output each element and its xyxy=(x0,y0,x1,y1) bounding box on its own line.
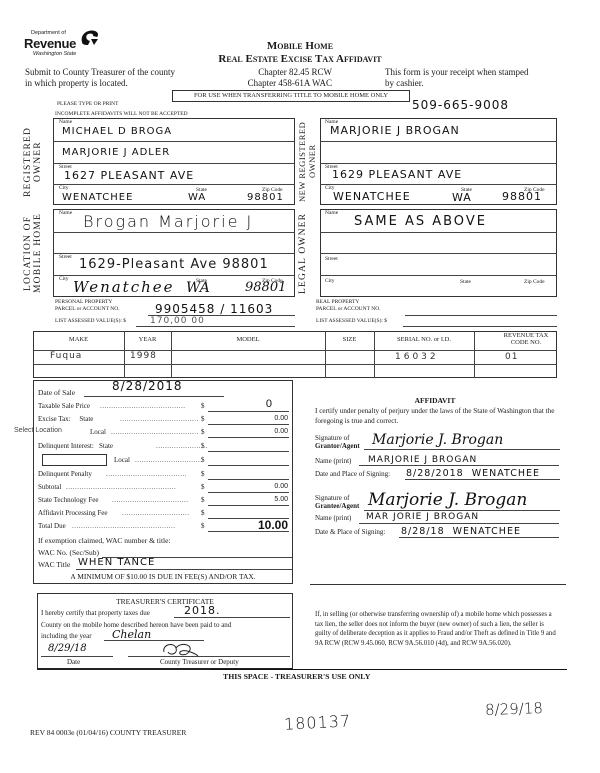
new-street-field[interactable]: 1629 PLEASANT AVE xyxy=(332,168,462,181)
form-id: REV 84 0003e (01/04/16) COUNTY TREASURER xyxy=(30,728,186,737)
treasurer-year-due[interactable]: 2018. xyxy=(184,604,221,617)
personal-assessed-label: LIST ASSESSED VALUE(S): $ xyxy=(55,318,126,324)
tax-lien-disclosure: If, in selling (or otherwise transferrin… xyxy=(315,610,560,648)
fee-label: Affidavit Processing Fee xyxy=(38,509,107,517)
dollar-sign: $ xyxy=(201,509,205,517)
date-of-sale-field[interactable]: 8/28/2018 xyxy=(112,379,183,393)
section-label-line1: LOCATION OF xyxy=(23,215,33,290)
legal-owner-section-label: LEGAL OWNER xyxy=(298,209,318,297)
grantor-name-label: Name (print) xyxy=(315,457,351,465)
section-label-line2: OWNER xyxy=(33,141,43,182)
grantor-signature-label: Signature of Grantor/Agent xyxy=(315,434,360,450)
fee-value: 0.00 xyxy=(274,415,288,422)
fee-label: Local xyxy=(114,456,130,464)
cell-make[interactable]: Fuqua xyxy=(50,351,82,361)
legal-street-label: Street xyxy=(325,256,338,262)
type-print-note: PLEASE TYPE OR PRINT xyxy=(57,101,118,107)
fee-value: 0.00 xyxy=(274,483,288,490)
incomplete-note: INCOMPLETE AFFIDAVITS WILL NOT BE ACCEPT… xyxy=(55,111,188,117)
fee-state-technology: State Technology Fee ...................… xyxy=(38,496,291,507)
dollar-sign: $ xyxy=(201,415,205,423)
receipt-line-2: by cashier. xyxy=(385,78,528,89)
cell-serial[interactable]: 16032 xyxy=(395,352,439,362)
wac-title-field[interactable]: WHEN TANCE xyxy=(78,557,155,568)
use-notice-box: FOR USE WHEN TRANSFERRING TITLE TO MOBIL… xyxy=(172,90,410,102)
th-serial: SERIAL NO. or I.D. xyxy=(374,336,474,343)
dollar-sign: $ xyxy=(201,522,205,530)
th-revenue-code: REVENUE TAX CODE NO. xyxy=(496,332,556,346)
fee-value: 5.00 xyxy=(274,496,288,503)
treasurer-date-label: Date xyxy=(67,658,80,666)
fee-delinquent-penalty: Delinquent Penalty .....................… xyxy=(38,470,291,481)
loc-name-label: Name xyxy=(59,210,72,216)
grantee-signature[interactable]: Marjorie J. Brogan xyxy=(368,490,527,510)
fee-label: Delinquent Interest: State xyxy=(38,442,113,450)
section-label-line2: MOBILE HOME xyxy=(33,213,43,293)
fee-excise-local: Local ..................................… xyxy=(38,428,291,439)
real-property-label-1: REAL PROPERTY xyxy=(316,299,381,306)
chapter-refs: Chapter 82.45 RCW Chapter 458-61A WAC xyxy=(232,67,332,89)
dollar-sign: $ xyxy=(201,442,205,450)
sig-label-line2: Grantor/Agent xyxy=(315,442,360,450)
reg-city-label: City xyxy=(59,185,68,191)
fee-label: Subtotal xyxy=(38,483,61,491)
reg-city-field[interactable]: WENATCHEE xyxy=(62,192,133,203)
chapter-rcw: Chapter 82.45 RCW xyxy=(232,67,332,78)
legal-name-label: Name xyxy=(325,210,338,216)
section-label-line1: NEW REGISTERED xyxy=(297,121,307,201)
loc-street-field[interactable]: 1629-Pleasant Ave 98801 xyxy=(79,257,269,272)
personal-property-label: PERSONAL PROPERTY PARCEL or ACCOUNT NO. xyxy=(55,299,120,313)
submit-line-2: in which property is located. xyxy=(25,78,175,89)
personal-property-label-1: PERSONAL PROPERTY xyxy=(55,299,120,306)
legal-state-label: State xyxy=(460,279,471,285)
submit-line-1: Submit to County Treasurer of the county xyxy=(25,67,175,78)
receipt-number-handwritten: 180137 xyxy=(284,711,352,733)
sig-label-line2: Grantee/Agent xyxy=(315,502,359,510)
grantor-date-label: Date and Place of Signing: xyxy=(315,470,390,478)
reg-state-field[interactable]: WA xyxy=(188,192,206,203)
date-of-sale-label: Date of Sale xyxy=(38,388,75,397)
grantee-signature-label: Signature of Grantee/Agent xyxy=(315,494,359,510)
loc-city-field[interactable]: Wenatchee xyxy=(73,278,175,296)
dor-swirl-logo-icon xyxy=(78,28,100,48)
loc-city-label: City xyxy=(59,276,68,282)
location-section-label: LOCATION OF MOBILE HOME xyxy=(23,209,47,297)
receipt-note: This form is your receipt when stamped b… xyxy=(385,67,528,89)
reg-zip-field[interactable]: 98801 xyxy=(247,192,284,203)
dollar-sign: $ xyxy=(201,496,205,504)
grantor-signature[interactable]: Marjorie J. Brogan xyxy=(372,432,503,448)
personal-assessed-field[interactable]: 170,00 00 xyxy=(150,316,205,326)
treasurer-line-1: I hereby certify that property taxes due xyxy=(41,609,150,617)
loc-state-field[interactable]: WA xyxy=(186,280,210,296)
receipt-line-1: This form is your receipt when stamped xyxy=(385,67,528,78)
new-name-field[interactable]: MARJORIE J BROGAN xyxy=(330,124,460,137)
treasurer-county-field[interactable]: Chelan xyxy=(112,628,151,641)
stamp-date-handwritten: 8/29/18 xyxy=(485,699,543,719)
dollar-sign: $ xyxy=(201,428,205,436)
fee-label: Taxable Sale Price xyxy=(38,402,90,410)
fee-value[interactable]: 0 xyxy=(266,398,273,410)
treasurer-line-3: including the year xyxy=(41,632,92,640)
grantee-date-field[interactable]: 8/28/18 WENATCHEE xyxy=(401,526,521,537)
dollar-sign: $ xyxy=(201,470,205,478)
dollar-sign: $ xyxy=(201,483,205,491)
grantor-date-field[interactable]: 8/28/2018 WENATCHEE xyxy=(406,468,540,479)
loc-zip-field[interactable]: 98801 xyxy=(245,280,286,295)
minimum-due-notice: A MINIMUM OF $10.00 IS DUE IN FEE(S) AND… xyxy=(33,572,293,581)
reg-name-label: Name xyxy=(59,119,72,125)
reg-street-field[interactable]: 1627 PLEASANT AVE xyxy=(64,169,194,182)
reg-name2-field[interactable]: MARJORIE J ADLER xyxy=(62,147,170,158)
dollar-sign: $ xyxy=(201,456,205,464)
sig-label-line1: Signature of xyxy=(315,494,359,502)
fee-value[interactable]: 10.00 xyxy=(258,518,288,532)
new-owner-section-label: NEW REGISTERED OWNER xyxy=(297,118,321,205)
th-make: MAKE xyxy=(33,336,124,343)
loc-street-label: Street xyxy=(59,254,72,260)
affidavit-title: AFFIDAVIT xyxy=(310,396,560,405)
grantee-name-field[interactable]: MAR JORIE J BROGAN xyxy=(366,512,479,522)
dor-logo: Department of Revenue Washington State xyxy=(24,28,104,64)
legal-city-label: City xyxy=(325,278,334,284)
exemption-label: If exemption claimed, WAC number & title… xyxy=(38,536,171,545)
grantee-name-label: Name (print) xyxy=(315,514,351,522)
fee-affidavit-processing: Affidavit Processing Fee ...............… xyxy=(38,509,291,520)
submit-instructions: Submit to County Treasurer of the county… xyxy=(25,67,175,89)
fee-total-due: Total Due ..............................… xyxy=(38,522,291,533)
fee-subtotal: Subtotal ...............................… xyxy=(38,483,291,494)
new-city-field[interactable]: WENATCHEE xyxy=(333,190,411,203)
treasurer-use-only: THIS SPACE - TREASURER'S USE ONLY xyxy=(223,672,370,681)
section-label-line2: OWNER xyxy=(307,145,317,179)
chapter-wac: Chapter 458-61A WAC xyxy=(232,78,332,89)
new-state-field[interactable]: WA xyxy=(452,191,472,204)
section-label-line1: REGISTERED xyxy=(23,126,33,196)
new-zip-field[interactable]: 98801 xyxy=(502,190,542,203)
reg-name-field[interactable]: MICHAEL D BROGA xyxy=(62,126,172,137)
th-year: YEAR xyxy=(124,336,171,343)
fee-excise-state: Excise Tax: State ......................… xyxy=(38,415,291,426)
real-property-label: REAL PROPERTY PARCEL or ACCOUNT NO. xyxy=(316,299,381,313)
fee-label: Local xyxy=(90,428,106,436)
legal-zip-label: Zip Code xyxy=(524,279,545,285)
fee-delinquent-local: Local .............................. $ xyxy=(38,456,291,467)
wac-title-label: WAC Title xyxy=(38,560,70,569)
loc-name-field[interactable]: Brogan Marjorie J xyxy=(83,212,253,231)
fee-value: 0.00 xyxy=(274,428,288,435)
real-assessed-label: LIST ASSESSED VALUE(S): $ xyxy=(316,318,387,324)
fee-label: Total Due xyxy=(38,522,66,530)
registered-owner-section-label: REGISTERED OWNER xyxy=(23,118,47,205)
legal-name-field[interactable]: SAME AS ABOVE xyxy=(354,214,487,229)
form-title-line1: Mobile Home xyxy=(200,40,400,52)
fee-label: State Technology Fee xyxy=(38,496,98,504)
real-property-label-2: PARCEL or ACCOUNT NO. xyxy=(316,306,381,313)
sig-label-line1: Signature of xyxy=(315,434,360,442)
grantee-date-label: Date & Place of Signing: xyxy=(315,528,385,536)
treasurer-certificate-title: TREASURER'S CERTIFICATE xyxy=(37,597,293,606)
logo-revenue-text: Revenue xyxy=(24,36,76,51)
affidavit-text: I certify under penalty of perjury under… xyxy=(315,407,555,426)
phone-handwritten: 509-665-9008 xyxy=(412,98,509,112)
treasurer-date-field[interactable]: 8/29/18 xyxy=(48,643,87,654)
form-title-line2: Real Estate Excise Tax Affidavit xyxy=(180,53,420,65)
fee-delinquent-state: Delinquent Interest: State .............… xyxy=(38,442,291,453)
grantor-name-field[interactable]: MARJORIE J BROGAN xyxy=(368,455,477,465)
th-model: MODEL xyxy=(171,336,325,343)
cell-revenue-code[interactable]: 01 xyxy=(505,352,518,362)
cell-year[interactable]: 1998 xyxy=(130,351,157,361)
logo-state-text: Washington State xyxy=(33,51,76,57)
th-size: SIZE xyxy=(325,336,374,343)
personal-account-field[interactable]: 9905458 / 11603 xyxy=(155,302,273,316)
treasurer-signer-label: County Treasurer or Deputy xyxy=(160,658,239,666)
fee-label: Delinquent Penalty xyxy=(38,470,92,478)
wac-no-label: WAC No. (Sec/Sub) xyxy=(38,548,99,557)
fee-label: Excise Tax: State xyxy=(38,415,93,423)
personal-property-label-2: PARCEL or ACCOUNT NO. xyxy=(55,306,120,313)
fee-taxable-sale-price: Taxable Sale Price .....................… xyxy=(38,402,291,413)
dollar-sign: $ xyxy=(201,402,205,410)
